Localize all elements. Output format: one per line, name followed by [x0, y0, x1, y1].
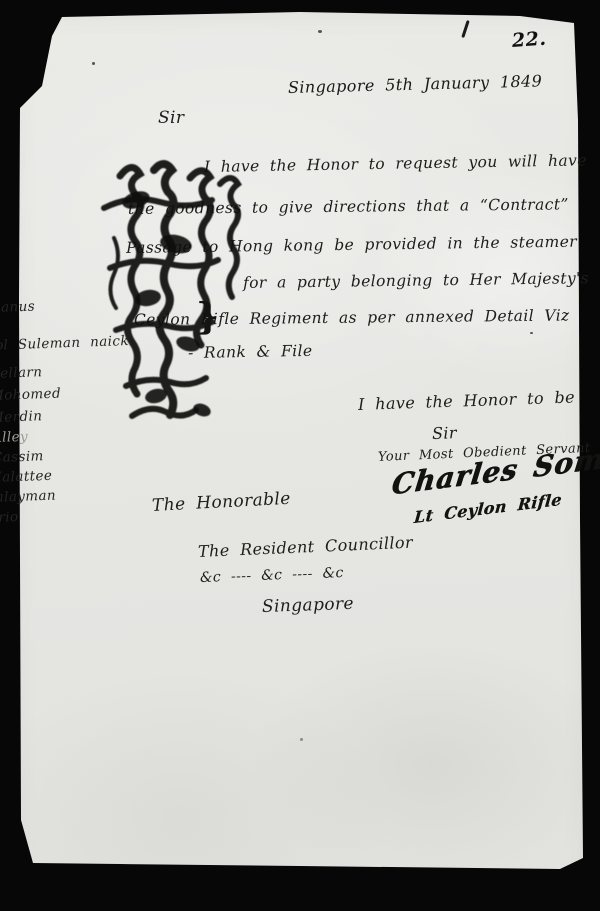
margin-name: hanus [0, 299, 35, 316]
paper-speck [92, 62, 95, 65]
ink-smudge [92, 148, 257, 438]
address-singapore: Singapore [262, 594, 355, 617]
margin-name: Malattee [0, 468, 53, 486]
margin-name: Mohomed [0, 386, 61, 404]
salutation: Sir [158, 108, 184, 128]
margin-name: Merdin [0, 408, 43, 426]
scan-background: 22. Singapore 5th January 1849 Sir I hav… [0, 0, 600, 911]
paper-speck [300, 738, 303, 741]
margin-name: Kellarn [0, 364, 43, 382]
margin-name: ario [0, 509, 19, 526]
paper-speck [318, 30, 322, 33]
paper-speck [530, 332, 533, 334]
closing-salutation: Sir [432, 423, 458, 443]
margin-name: Alley [0, 429, 28, 446]
margin-name: Cassim [0, 448, 44, 466]
brace: } [196, 296, 219, 338]
margin-name: Salayman [0, 488, 56, 506]
page-number: 22. [511, 28, 547, 52]
